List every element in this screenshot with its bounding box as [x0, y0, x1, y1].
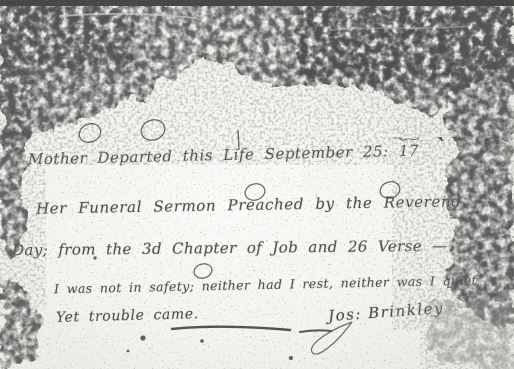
- scanned-document-page: Mother Departed this Life September 25: …: [0, 0, 514, 369]
